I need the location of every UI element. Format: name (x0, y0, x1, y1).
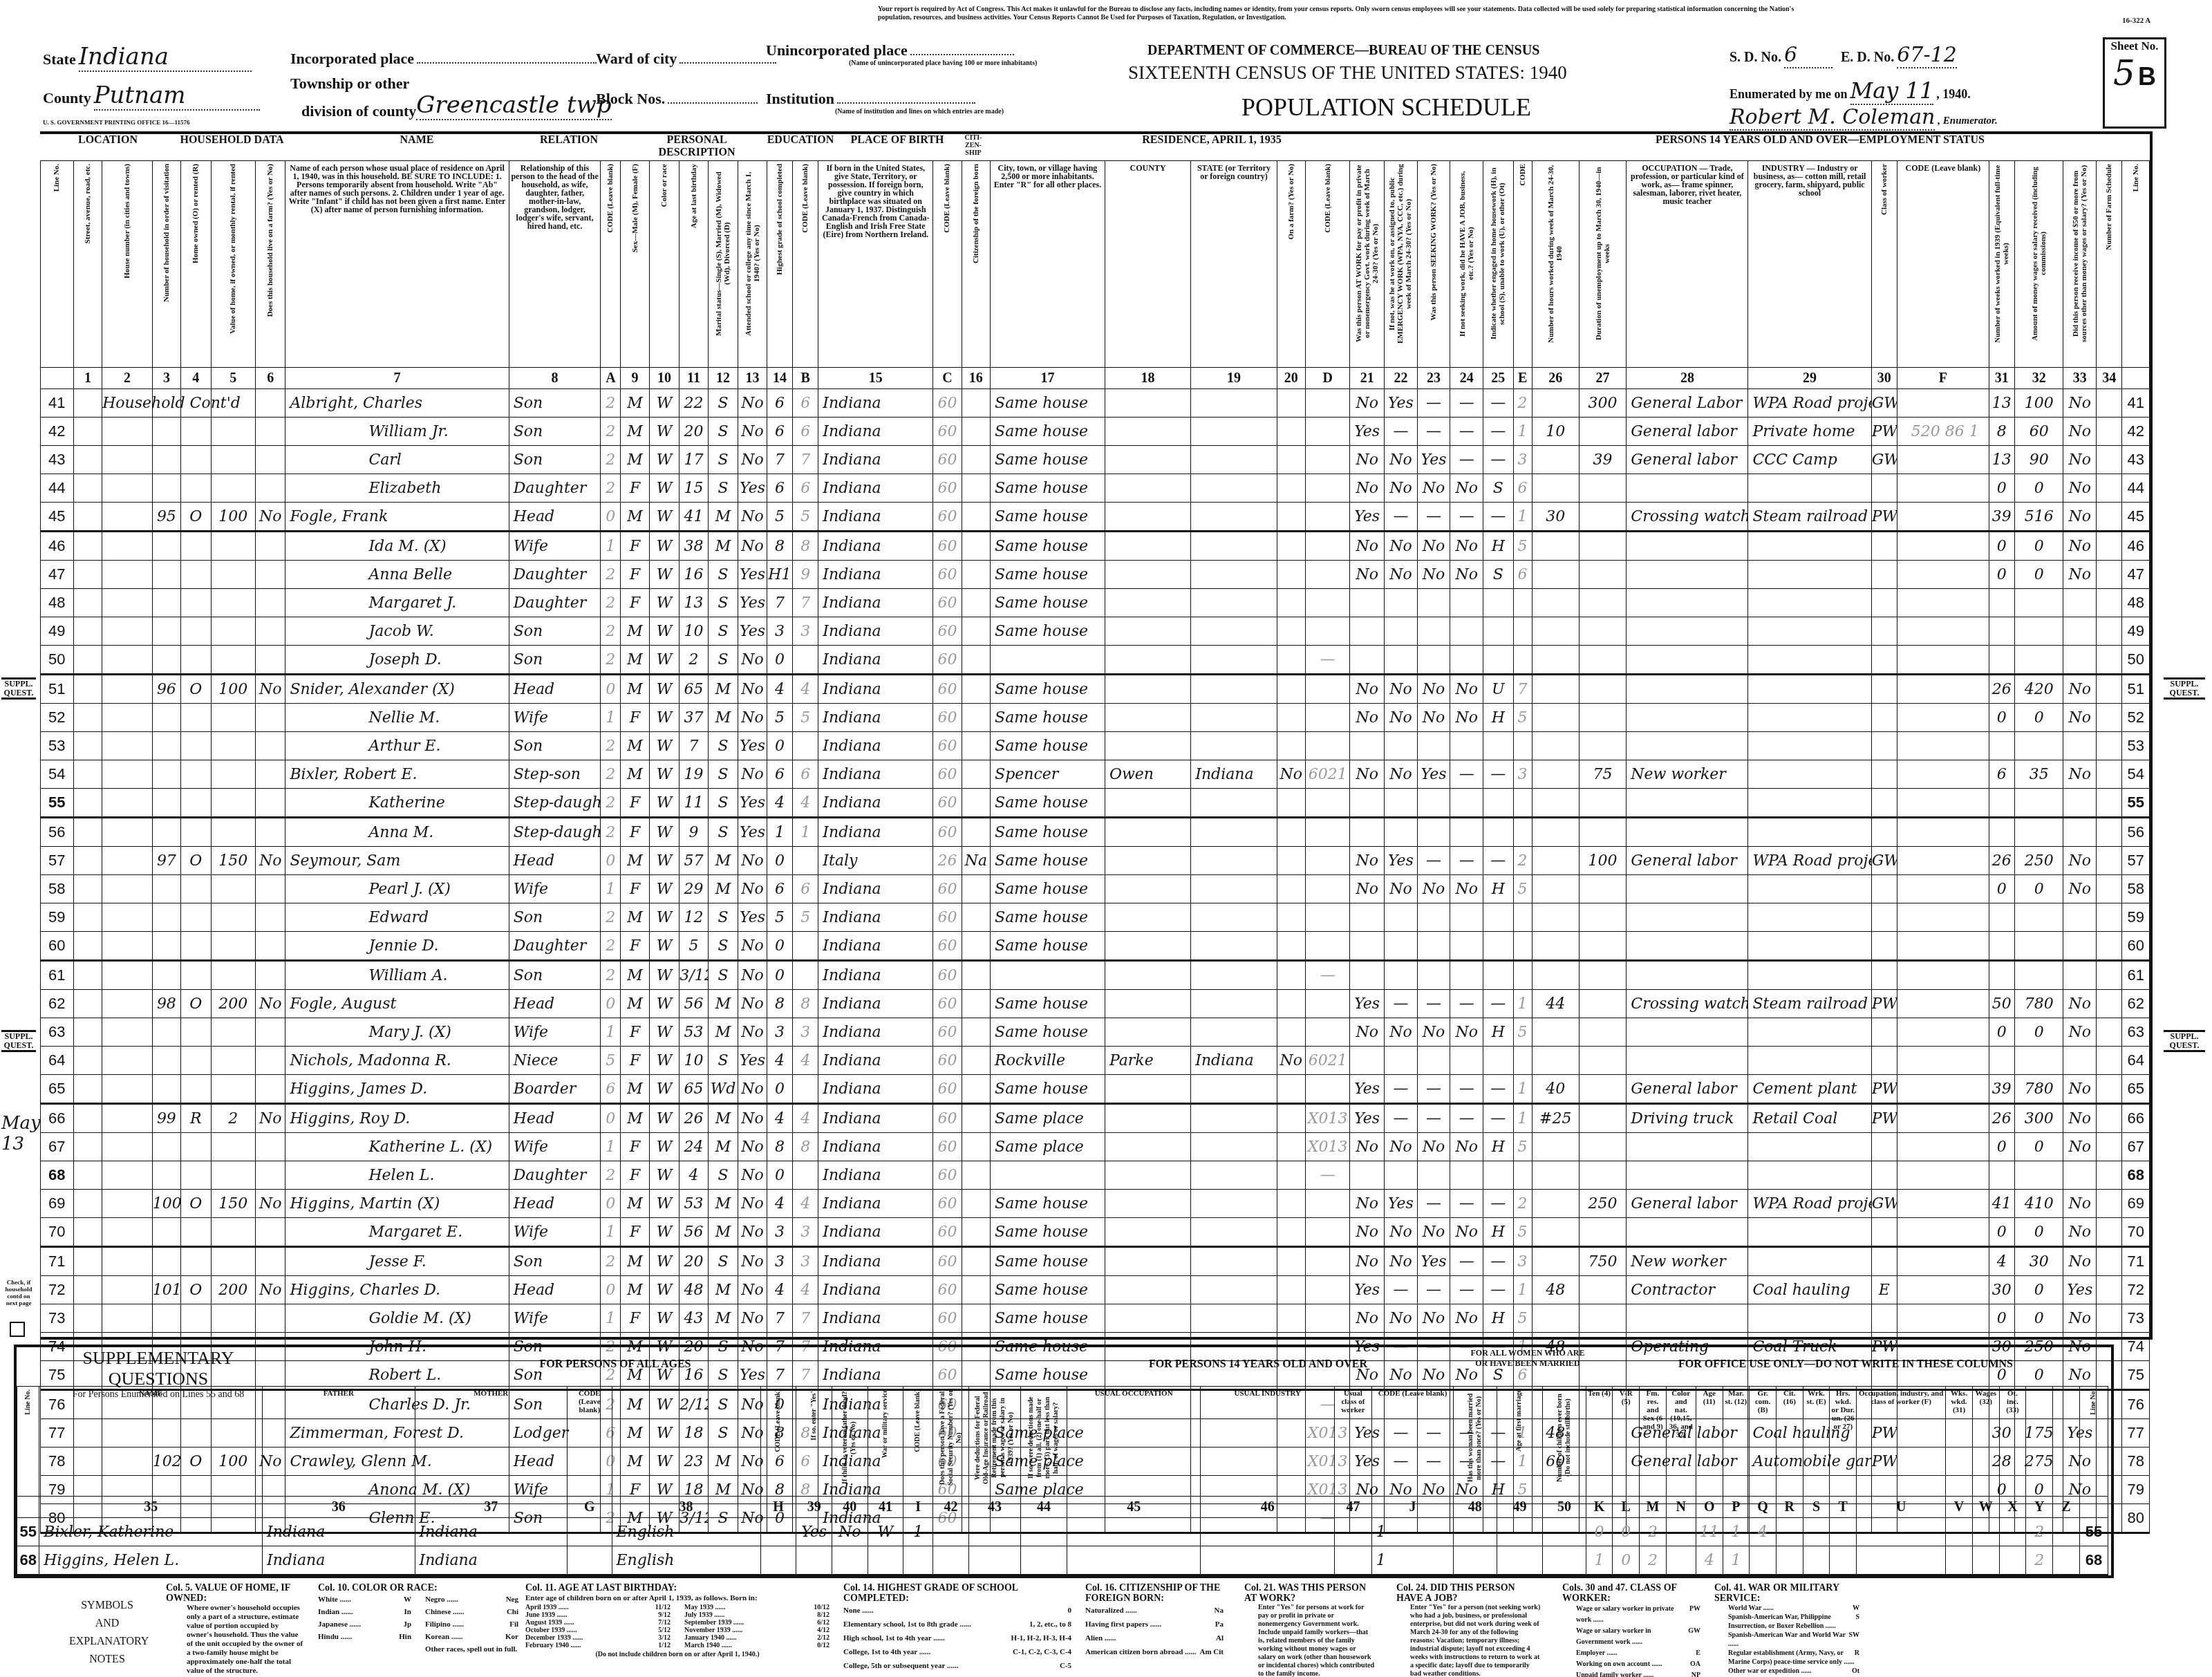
cell-codeE[interactable] (1513, 789, 1532, 818)
cell-codeA[interactable]: 2 (601, 389, 621, 418)
cell-res-county[interactable] (1105, 1218, 1190, 1247)
cell-codeF[interactable] (1897, 1104, 1989, 1133)
cell-res-farm[interactable] (1277, 646, 1305, 675)
cell-name[interactable]: Katherine L. (X) (285, 1133, 509, 1161)
cell-cit[interactable]: Na (962, 847, 990, 875)
cell-res-state[interactable] (1191, 961, 1277, 990)
cell-hasjob[interactable] (1450, 732, 1483, 760)
cell-cit[interactable] (962, 903, 990, 932)
cell-res-county[interactable] (1105, 1104, 1190, 1133)
cell-atwork[interactable]: Yes (1350, 990, 1385, 1018)
cell-res-county[interactable] (1105, 704, 1190, 732)
suppl-cell-c45[interactable] (1067, 1546, 1201, 1575)
cell-farm-sched[interactable] (2097, 818, 2122, 847)
cell-cit[interactable] (962, 503, 990, 532)
cell-res-city[interactable]: Same place (991, 1104, 1105, 1133)
cell-class[interactable] (1871, 532, 1897, 561)
cell-wages[interactable] (2014, 903, 2063, 932)
cell-grade[interactable]: 0 (767, 1161, 792, 1190)
cell-codeD[interactable] (1306, 446, 1350, 474)
cell-res-county[interactable] (1105, 617, 1190, 646)
cell-farm[interactable] (255, 589, 285, 617)
cell-wages[interactable]: 100 (2014, 389, 2063, 418)
continued-checkbox[interactable] (10, 1322, 25, 1337)
cell-hasjob[interactable] (1450, 589, 1483, 617)
cell-age[interactable]: 41 (679, 503, 708, 532)
cell-farm-sched[interactable] (2097, 1075, 2122, 1104)
cell-marital[interactable]: S (708, 732, 738, 760)
cell-atwork[interactable] (1350, 617, 1385, 646)
cell-codeB[interactable]: 3 (793, 1247, 818, 1276)
cell-age[interactable]: 11 (679, 789, 708, 818)
cell-birth[interactable]: Indiana (818, 418, 933, 446)
cell-age[interactable]: 26 (679, 1104, 708, 1133)
cell-street[interactable] (73, 1018, 102, 1047)
cell-cit[interactable] (962, 704, 990, 732)
cell-class[interactable]: GW (1871, 1190, 1897, 1218)
cell-race[interactable]: W (649, 760, 679, 789)
cell-hours[interactable] (1532, 704, 1579, 732)
cell-visit[interactable] (152, 818, 180, 847)
cell-codeE[interactable]: 1 (1513, 990, 1532, 1018)
cell-codeE[interactable]: 1 (1513, 1104, 1532, 1133)
cell-visit[interactable] (152, 617, 180, 646)
cell-unemp[interactable] (1579, 704, 1626, 732)
cell-codeD[interactable] (1306, 589, 1350, 617)
cell-unemp[interactable] (1579, 903, 1626, 932)
cell-hours[interactable] (1532, 847, 1579, 875)
cell-weeks[interactable]: 39 (1989, 1075, 2014, 1104)
cell-codeF[interactable] (1897, 1190, 1989, 1218)
cell-wages[interactable] (2014, 932, 2063, 961)
cell-house[interactable] (102, 818, 153, 847)
cell-atwork[interactable]: No (1350, 1190, 1385, 1218)
cell-house[interactable] (102, 532, 153, 561)
sheet-number[interactable]: 5 (2113, 53, 2135, 93)
cell-owned[interactable] (181, 1047, 212, 1075)
cell-res-farm[interactable]: No (1277, 760, 1305, 789)
cell-codeB[interactable]: 4 (793, 1104, 818, 1133)
cell-codeF[interactable] (1897, 1075, 1989, 1104)
cell-emerg[interactable]: Yes (1385, 847, 1418, 875)
cell-value[interactable] (211, 1218, 255, 1247)
cell-farm[interactable] (255, 646, 285, 675)
cell-seeking[interactable]: Yes (1417, 446, 1450, 474)
cell-cit[interactable] (962, 932, 990, 961)
cell-marital[interactable]: S (708, 646, 738, 675)
cell-farm[interactable] (255, 1304, 285, 1333)
cell-birth[interactable]: Indiana (818, 818, 933, 847)
cell-relation[interactable]: Daughter (509, 932, 601, 961)
cell-hours[interactable] (1532, 617, 1579, 646)
cell-otherinc[interactable]: No (2063, 760, 2097, 789)
cell-owned[interactable] (181, 1133, 212, 1161)
cell-emerg[interactable]: No (1385, 1018, 1418, 1047)
cell-visit[interactable] (152, 1018, 180, 1047)
cell-age[interactable]: 56 (679, 990, 708, 1018)
cell-seeking[interactable]: No (1417, 875, 1450, 903)
cell-hours[interactable] (1532, 532, 1579, 561)
cell-codeE[interactable]: 3 (1513, 1247, 1532, 1276)
cell-farm[interactable] (255, 1218, 285, 1247)
cell-farm-sched[interactable] (2097, 1218, 2122, 1247)
cell-otherinc[interactable] (2063, 589, 2097, 617)
cell-otherinc[interactable] (2063, 732, 2097, 760)
cell-hours[interactable]: #25 (1532, 1104, 1579, 1133)
cell-industry[interactable] (1748, 1161, 1871, 1190)
cell-race[interactable]: W (649, 589, 679, 617)
cell-class[interactable]: PW (1871, 418, 1897, 446)
township-value[interactable]: Greencastle twp (416, 91, 611, 120)
cell-race[interactable]: W (649, 932, 679, 961)
cell-res-city[interactable]: Spencer (991, 760, 1105, 789)
cell-wages[interactable]: 516 (2014, 503, 2063, 532)
cell-emerg[interactable] (1385, 932, 1418, 961)
cell-housework[interactable]: — (1483, 389, 1514, 418)
cell-seeking[interactable]: — (1417, 1104, 1450, 1133)
cell-marital[interactable]: M (708, 847, 738, 875)
cell-codeF[interactable] (1897, 1304, 1989, 1333)
cell-house[interactable] (102, 1133, 153, 1161)
cell-farm[interactable]: No (255, 1190, 285, 1218)
cell-visit[interactable] (152, 446, 180, 474)
cell-hours[interactable] (1532, 446, 1579, 474)
cell-cit[interactable] (962, 1104, 990, 1133)
cell-race[interactable]: W (649, 1304, 679, 1333)
suppl-cell-name[interactable]: Higgins, Helen L. (39, 1546, 263, 1575)
cell-codeC[interactable]: 60 (933, 875, 962, 903)
cell-codeE[interactable]: 3 (1513, 760, 1532, 789)
cell-visit[interactable] (152, 1133, 180, 1161)
cell-value[interactable] (211, 760, 255, 789)
cell-res-farm[interactable] (1277, 789, 1305, 818)
cell-atwork[interactable]: No (1350, 704, 1385, 732)
cell-otherinc[interactable]: No (2063, 675, 2097, 704)
cell-res-farm[interactable]: No (1277, 1047, 1305, 1075)
cell-seeking[interactable] (1417, 818, 1450, 847)
cell-class[interactable] (1871, 932, 1897, 961)
cell-codeF[interactable] (1897, 903, 1989, 932)
cell-res-state[interactable] (1191, 1133, 1277, 1161)
cell-seeking[interactable] (1417, 961, 1450, 990)
cell-owned[interactable]: R (181, 1104, 212, 1133)
cell-cit[interactable] (962, 1161, 990, 1190)
cell-atwork[interactable]: No (1350, 1247, 1385, 1276)
cell-codeE[interactable] (1513, 1161, 1532, 1190)
cell-name[interactable]: Pearl J. (X) (285, 875, 509, 903)
cell-hasjob[interactable]: No (1450, 532, 1483, 561)
cell-codeA[interactable]: 1 (601, 1018, 621, 1047)
cell-codeA[interactable]: 0 (601, 1276, 621, 1304)
cell-house[interactable] (102, 503, 153, 532)
cell-visit[interactable] (152, 1247, 180, 1276)
cell-codeA[interactable]: 2 (601, 617, 621, 646)
cell-codeB[interactable]: 3 (793, 1018, 818, 1047)
cell-name[interactable]: Katherine (285, 789, 509, 818)
cell-codeE[interactable]: 5 (1513, 532, 1532, 561)
cell-sex[interactable]: M (621, 847, 649, 875)
cell-age[interactable]: 13 (679, 589, 708, 617)
cell-farm[interactable] (255, 760, 285, 789)
cell-res-farm[interactable] (1277, 1161, 1305, 1190)
cell-atwork[interactable] (1350, 732, 1385, 760)
cell-codeC[interactable]: 60 (933, 446, 962, 474)
cell-grade[interactable]: 6 (767, 418, 792, 446)
cell-hasjob[interactable] (1450, 1047, 1483, 1075)
cell-res-farm[interactable] (1277, 503, 1305, 532)
cell-seeking[interactable]: No (1417, 1018, 1450, 1047)
cell-seeking[interactable]: — (1417, 847, 1450, 875)
cell-farm-sched[interactable] (2097, 589, 2122, 617)
cell-codeC[interactable]: 60 (933, 1304, 962, 1333)
cell-sex[interactable]: F (621, 1047, 649, 1075)
cell-wages[interactable] (2014, 1161, 2063, 1190)
cell-res-city[interactable]: Same house (991, 1018, 1105, 1047)
cell-seeking[interactable] (1417, 1161, 1450, 1190)
cell-housework[interactable] (1483, 589, 1514, 617)
cell-emerg[interactable] (1385, 789, 1418, 818)
cell-res-city[interactable]: Same house (991, 532, 1105, 561)
cell-codeB[interactable]: 4 (793, 1190, 818, 1218)
cell-relation[interactable]: Son (509, 732, 601, 760)
suppl-cell-c49[interactable] (1497, 1518, 1543, 1546)
cell-grade[interactable]: 7 (767, 446, 792, 474)
cell-farm[interactable] (255, 418, 285, 446)
cell-visit[interactable]: 100 (152, 1190, 180, 1218)
cell-codeA[interactable]: 0 (601, 847, 621, 875)
cell-value[interactable] (211, 617, 255, 646)
cell-emerg[interactable]: No (1385, 474, 1418, 503)
suppl-cell-office8[interactable] (1803, 1546, 1830, 1575)
cell-relation[interactable]: Daughter (509, 589, 601, 617)
cell-hours[interactable]: 30 (1532, 503, 1579, 532)
cell-race[interactable]: W (649, 646, 679, 675)
cell-codeC[interactable]: 60 (933, 818, 962, 847)
cell-codeF[interactable] (1897, 1247, 1989, 1276)
cell-housework[interactable]: U (1483, 675, 1514, 704)
cell-weeks[interactable]: 0 (1989, 875, 2014, 903)
cell-emerg[interactable]: No (1385, 561, 1418, 589)
cell-value[interactable] (211, 1018, 255, 1047)
cell-codeF[interactable] (1897, 1161, 1989, 1190)
cell-codeE[interactable]: 2 (1513, 847, 1532, 875)
cell-marital[interactable]: S (708, 561, 738, 589)
cell-race[interactable]: W (649, 418, 679, 446)
cell-sex[interactable]: F (621, 704, 649, 732)
institution-value[interactable] (837, 102, 975, 104)
cell-res-county[interactable] (1105, 1276, 1190, 1304)
cell-race[interactable]: W (649, 847, 679, 875)
cell-res-city[interactable]: Same house (991, 675, 1105, 704)
cell-school[interactable]: No (738, 646, 767, 675)
cell-otherinc[interactable]: No (2063, 1218, 2097, 1247)
cell-race[interactable]: W (649, 1133, 679, 1161)
cell-farm-sched[interactable] (2097, 1047, 2122, 1075)
cell-marital[interactable]: M (708, 1018, 738, 1047)
cell-res-farm[interactable] (1277, 589, 1305, 617)
cell-industry[interactable] (1748, 961, 1871, 990)
cell-seeking[interactable]: — (1417, 1276, 1450, 1304)
cell-unemp[interactable] (1579, 1218, 1626, 1247)
cell-unemp[interactable] (1579, 474, 1626, 503)
cell-weeks[interactable] (1989, 1161, 2014, 1190)
cell-house[interactable] (102, 1075, 153, 1104)
cell-res-farm[interactable] (1277, 903, 1305, 932)
cell-hours[interactable] (1532, 1218, 1579, 1247)
cell-otherinc[interactable]: No (2063, 1018, 2097, 1047)
cell-res-county[interactable] (1105, 932, 1190, 961)
cell-seeking[interactable]: No (1417, 532, 1450, 561)
cell-weeks[interactable] (1989, 589, 2014, 617)
cell-birth[interactable]: Indiana (818, 561, 933, 589)
cell-sex[interactable]: F (621, 561, 649, 589)
cell-birth[interactable]: Indiana (818, 1161, 933, 1190)
cell-weeks[interactable]: 26 (1989, 847, 2014, 875)
cell-marital[interactable]: S (708, 474, 738, 503)
cell-codeA[interactable]: 0 (601, 1104, 621, 1133)
cell-atwork[interactable]: Yes (1350, 418, 1385, 446)
cell-farm-sched[interactable] (2097, 617, 2122, 646)
cell-name[interactable]: William A. (285, 961, 509, 990)
cell-farm-sched[interactable] (2097, 474, 2122, 503)
cell-industry[interactable] (1748, 704, 1871, 732)
cell-farm-sched[interactable] (2097, 1161, 2122, 1190)
suppl-cell-c44[interactable] (1021, 1546, 1067, 1575)
cell-grade[interactable]: 7 (767, 1304, 792, 1333)
cell-name[interactable]: Higgins, Charles D. (285, 1276, 509, 1304)
cell-sex[interactable]: M (621, 732, 649, 760)
cell-visit[interactable]: 97 (152, 847, 180, 875)
suppl-cell-c50[interactable] (1543, 1518, 1586, 1546)
cell-wages[interactable]: 0 (2014, 1133, 2063, 1161)
cell-res-county[interactable] (1105, 1304, 1190, 1333)
cell-codeC[interactable]: 26 (933, 847, 962, 875)
cell-atwork[interactable]: Yes (1350, 503, 1385, 532)
cell-codeC[interactable]: 60 (933, 1190, 962, 1218)
cell-codeD[interactable] (1306, 503, 1350, 532)
cell-school[interactable]: No (738, 1276, 767, 1304)
cell-farm-sched[interactable] (2097, 760, 2122, 789)
cell-unemp[interactable] (1579, 418, 1626, 446)
cell-emerg[interactable] (1385, 589, 1418, 617)
cell-race[interactable]: W (649, 532, 679, 561)
cell-farm-sched[interactable] (2097, 1304, 2122, 1333)
cell-relation[interactable]: Son (509, 617, 601, 646)
cell-otherinc[interactable]: No (2063, 1304, 2097, 1333)
cell-res-farm[interactable] (1277, 1133, 1305, 1161)
cell-visit[interactable] (152, 1304, 180, 1333)
cell-birth[interactable]: Indiana (818, 1018, 933, 1047)
cell-codeB[interactable]: 8 (793, 532, 818, 561)
cell-sex[interactable]: F (621, 1018, 649, 1047)
cell-house[interactable] (102, 675, 153, 704)
suppl-cell-office6[interactable] (1750, 1546, 1777, 1575)
cell-street[interactable] (73, 418, 102, 446)
cell-codeF[interactable] (1897, 1047, 1989, 1075)
cell-wages[interactable] (2014, 589, 2063, 617)
cell-sex[interactable]: M (621, 389, 649, 418)
cell-age[interactable]: 9 (679, 818, 708, 847)
cell-emerg[interactable] (1385, 903, 1418, 932)
cell-res-farm[interactable] (1277, 847, 1305, 875)
cell-race[interactable]: W (649, 1018, 679, 1047)
cell-race[interactable]: W (649, 1276, 679, 1304)
cell-seeking[interactable]: — (1417, 503, 1450, 532)
cell-res-state[interactable] (1191, 1161, 1277, 1190)
cell-codeE[interactable]: 6 (1513, 474, 1532, 503)
cell-value[interactable] (211, 875, 255, 903)
cell-value[interactable] (211, 474, 255, 503)
cell-otherinc[interactable]: No (2063, 875, 2097, 903)
cell-emerg[interactable]: No (1385, 704, 1418, 732)
cell-marital[interactable]: M (708, 1133, 738, 1161)
cell-otherinc[interactable]: No (2063, 389, 2097, 418)
cell-res-city[interactable]: Same house (991, 1218, 1105, 1247)
cell-otherinc[interactable]: No (2063, 532, 2097, 561)
cell-marital[interactable]: M (708, 1304, 738, 1333)
cell-res-county[interactable] (1105, 1018, 1190, 1047)
cell-occupation[interactable]: General Labor (1627, 389, 1748, 418)
cell-name[interactable]: Jennie D. (285, 932, 509, 961)
cell-cit[interactable] (962, 1047, 990, 1075)
cell-housework[interactable]: S (1483, 561, 1514, 589)
cell-codeF[interactable] (1897, 1218, 1989, 1247)
cell-occupation[interactable]: General labor (1627, 1190, 1748, 1218)
cell-street[interactable] (73, 847, 102, 875)
cell-otherinc[interactable] (2063, 961, 2097, 990)
cell-race[interactable]: W (649, 1161, 679, 1190)
cell-birth[interactable]: Indiana (818, 704, 933, 732)
cell-codeD[interactable] (1306, 847, 1350, 875)
cell-house[interactable] (102, 990, 153, 1018)
cell-birth[interactable]: Indiana (818, 617, 933, 646)
cell-value[interactable]: 100 (211, 675, 255, 704)
cell-school[interactable]: No (738, 1161, 767, 1190)
cell-codeD[interactable]: — (1306, 1161, 1350, 1190)
cell-relation[interactable]: Daughter (509, 474, 601, 503)
cell-owned[interactable] (181, 903, 212, 932)
cell-class[interactable]: PW (1871, 503, 1897, 532)
cell-codeB[interactable]: 1 (793, 818, 818, 847)
cell-street[interactable] (73, 675, 102, 704)
cell-visit[interactable] (152, 1161, 180, 1190)
suppl-cell-c41[interactable] (868, 1546, 903, 1575)
cell-emerg[interactable] (1385, 1047, 1418, 1075)
cell-farm[interactable]: No (255, 990, 285, 1018)
cell-unemp[interactable] (1579, 675, 1626, 704)
cell-relation[interactable]: Head (509, 990, 601, 1018)
cell-codeC[interactable]: 60 (933, 789, 962, 818)
cell-otherinc[interactable]: No (2063, 446, 2097, 474)
cell-codeA[interactable]: 1 (601, 704, 621, 732)
cell-codeF[interactable] (1897, 932, 1989, 961)
cell-codeF[interactable]: 520 86 1 (1897, 418, 1989, 446)
cell-marital[interactable]: S (708, 617, 738, 646)
cell-relation[interactable]: Boarder (509, 1075, 601, 1104)
cell-race[interactable]: W (649, 1047, 679, 1075)
sd-value[interactable]: 6 (1784, 43, 1833, 68)
suppl-cell-c40[interactable]: No (832, 1518, 868, 1546)
cell-res-farm[interactable] (1277, 704, 1305, 732)
cell-marital[interactable]: M (708, 1104, 738, 1133)
cell-housework[interactable]: — (1483, 1247, 1514, 1276)
cell-house[interactable] (102, 704, 153, 732)
suppl-cell-office10[interactable] (1857, 1518, 1946, 1546)
cell-marital[interactable]: S (708, 589, 738, 617)
cell-value[interactable]: 200 (211, 990, 255, 1018)
cell-housework[interactable] (1483, 818, 1514, 847)
cell-housework[interactable] (1483, 903, 1514, 932)
